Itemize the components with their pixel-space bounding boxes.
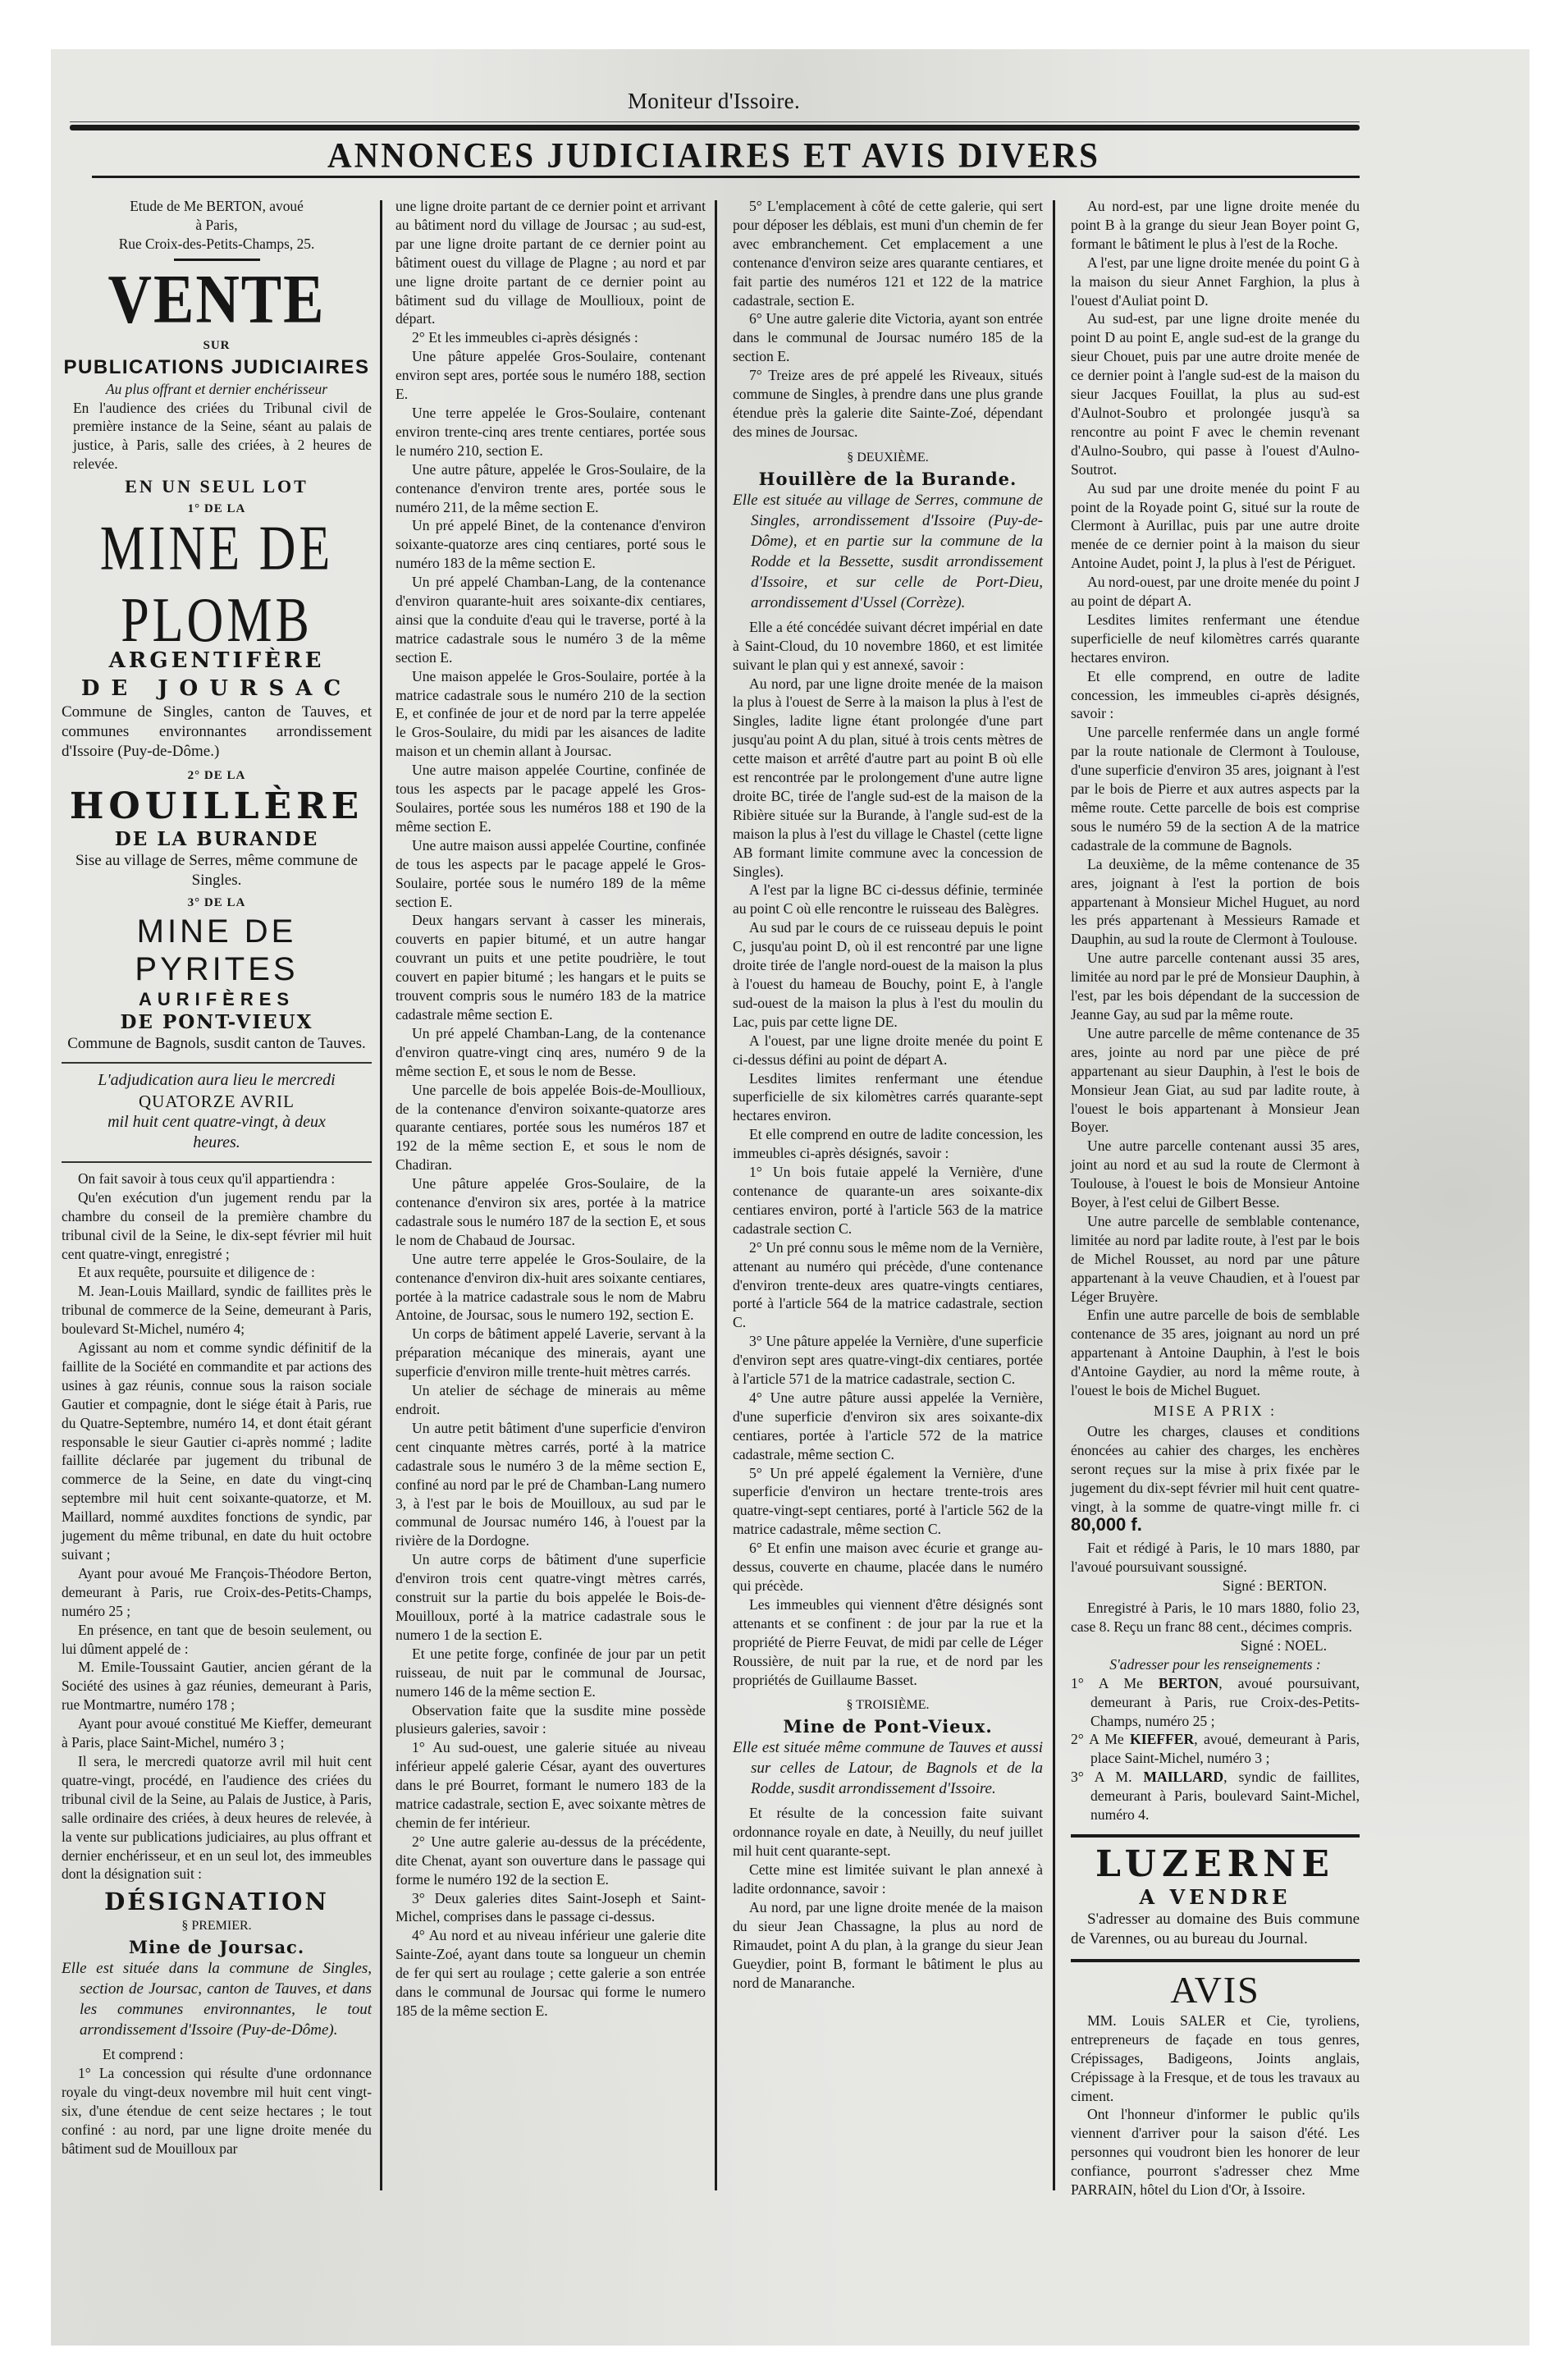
adjudication-time: mil huit cent quatre-vingt, à deux heure…	[62, 1112, 372, 1153]
mise-a-prix-heading: MISE A PRIX :	[1071, 1402, 1360, 1421]
paragraph: Elle a été concédée suivant décret impér…	[733, 618, 1043, 675]
contact-item: 2° A Me KIEFFER, avoué, demeurant à Pari…	[1071, 1730, 1360, 1768]
lot2-subtitle: DE LA BURANDE	[62, 828, 372, 851]
prix-paragraph: Outre les charges, clauses et conditions…	[1071, 1422, 1360, 1536]
lot-label: 2° DE LA	[62, 767, 372, 785]
paragraph: Et résulte de la concession faite suivan…	[733, 1804, 1043, 1861]
contact-name: KIEFFER	[1130, 1731, 1194, 1747]
header-rule-thick	[70, 125, 1360, 130]
paragraph: Agissant au nom et comme syndic définiti…	[62, 1339, 372, 1564]
paragraph: 2° Et les immeubles ci-après désignés :	[395, 328, 706, 347]
paragraph: Qu'en exécution d'un jugement rendu par …	[62, 1188, 372, 1264]
paragraph: Ayant pour avoué constitué Me Kieffer, d…	[62, 1714, 372, 1752]
vente-heading: VENTE	[62, 263, 372, 336]
divider-rule	[62, 1062, 372, 1064]
paragraph: 5° L'emplacement à côté de cette galerie…	[733, 197, 1043, 309]
paragraph: 2° Un pré connu sous le même nom de la V…	[733, 1238, 1043, 1333]
paragraph: une ligne droite partant de ce dernier p…	[395, 197, 706, 328]
audience-paragraph: En l'audience des criées du Tribunal civ…	[62, 399, 372, 474]
paragraph: 2° Une autre galerie au-dessus de la pré…	[395, 1833, 706, 1889]
luzerne-heading: LUZERNE	[1071, 1844, 1360, 1885]
paragraph: 5° Un pré appelé également la Vernière, …	[733, 1464, 1043, 1540]
paragraph: Une autre maison aussi appelée Courtine,…	[395, 836, 706, 912]
paragraph: Au sud par le cours de ce ruisseau depui…	[733, 918, 1043, 1031]
lot1-subtitle: DE JOURSAC	[62, 675, 372, 703]
paragraph: Cette mine est limitée suivant le plan a…	[733, 1861, 1043, 1898]
lot1-title: MINE DE PLOMB	[62, 513, 372, 657]
paragraph: Une parcelle de bois appelée Bois-de-Mou…	[395, 1081, 706, 1175]
notice-body: On fait savoir à tous ceux qu'il apparti…	[62, 1169, 372, 1883]
paragraph: Et aux requête, poursuite et diligence d…	[62, 1263, 372, 1282]
paragraph: A l'est, par une ligne droite menée du p…	[1071, 254, 1360, 310]
paragraph: Et elle comprend, en outre de ladite con…	[1071, 667, 1360, 724]
paragraph: 1° Un bois futaie appelé la Vernière, d'…	[733, 1163, 1043, 1238]
a-vendre-heading: A VENDRE	[1071, 1885, 1360, 1910]
paragraph: Et elle comprend en outre de ladite conc…	[733, 1125, 1043, 1163]
prix-text: Outre les charges, clauses et conditions…	[1071, 1423, 1360, 1515]
galerie-list: 5° L'emplacement à côté de cette galerie…	[733, 197, 1043, 442]
paragraph: Une autre parcelle de semblable contenan…	[1071, 1212, 1360, 1307]
etude-line: à Paris,	[62, 216, 372, 235]
paragraph: Une autre parcelle de même contenance de…	[1071, 1024, 1360, 1137]
avis-paragraph: Ont l'honneur d'informer le public qu'il…	[1071, 2105, 1360, 2199]
publications-heading: PUBLICATIONS JUDICIAIRES	[62, 355, 372, 380]
seul-lot-heading: EN UN SEUL LOT	[62, 474, 372, 500]
paragraph: M. Jean-Louis Maillard, syndic de failli…	[62, 1282, 372, 1339]
mine-title: Houillère de la Burande.	[733, 468, 1043, 490]
luzerne-text: S'adresser au domaine des Buis commune d…	[1071, 1910, 1360, 1949]
paragraph: Et une petite forge, confinée de jour pa…	[395, 1645, 706, 1701]
adjudication-date: QUATORZE AVRIL	[62, 1091, 372, 1112]
contact-number: 2° A Me	[1071, 1731, 1130, 1747]
paragraph: Au sud-est, par une ligne droite menée d…	[1071, 309, 1360, 478]
contact-item: 1° A Me BERTON, avoué poursuivant, demeu…	[1071, 1674, 1360, 1731]
avis-paragraph: MM. Louis SALER et Cie, tyroliens, entre…	[1071, 2012, 1360, 2106]
sadresser-line: S'adresser pour les renseignements :	[1071, 1655, 1360, 1674]
paragraph: Une autre parcelle contenant aussi 35 ar…	[1071, 1137, 1360, 1212]
enregistre-paragraph: Enregistré à Paris, le 10 mars 1880, fol…	[1071, 1599, 1360, 1636]
paragraph: A l'est par la ligne BC ci-dessus défini…	[733, 881, 1043, 918]
column-3: 5° L'emplacement à côté de cette galerie…	[733, 197, 1043, 1993]
contact-number: 1° A Me	[1071, 1675, 1159, 1691]
paragraph: Deux hangars servant à casser les minera…	[395, 911, 706, 1023]
paragraph: La deuxième, de la même contenance de 35…	[1071, 855, 1360, 950]
lot-label: 3° DE LA	[62, 894, 372, 913]
property-list: une ligne droite partant de ce dernier p…	[395, 197, 706, 2021]
paragraph: 4° Au nord et au niveau inférieur une ga…	[395, 1926, 706, 2021]
contact-number: 3° A M.	[1071, 1769, 1143, 1785]
paragraph: 3° Une pâture appelée la Vernière, d'une…	[733, 1332, 1043, 1389]
column-divider	[380, 200, 382, 2190]
divider-rule	[62, 1161, 372, 1163]
lot3-title: MINE DE PYRITES	[62, 913, 372, 988]
contact-name: BERTON	[1159, 1675, 1218, 1691]
paragraph: Lesdites limites renfermant une étendue …	[733, 1069, 1043, 1126]
paragraph: Au nord-ouest, par une droite menée du p…	[1071, 573, 1360, 611]
paragraph: Au nord, par une ligne droite menée de l…	[733, 1898, 1043, 1993]
column-1: Etude de Me BERTON, avoué à Paris, Rue C…	[62, 197, 372, 2158]
adjudication-line: L'adjudication aura lieu le mercredi	[62, 1070, 372, 1091]
paragraph: Un pré appelé Binet, de la contenance d'…	[395, 516, 706, 573]
masthead: Moniteur d'Issoire.	[0, 89, 1428, 114]
paragraph: 4° Une autre pâture aussi appelée la Ver…	[733, 1389, 1043, 1464]
divider-rule	[1071, 1834, 1360, 1838]
contact-item: 3° A M. MAILLARD, syndic de faillites, d…	[1071, 1768, 1360, 1824]
column-divider	[1053, 200, 1055, 2190]
signature-noel: Signé : NOEL.	[1071, 1636, 1360, 1655]
lot3-description: Commune de Bagnols, susdit canton de Tau…	[62, 1034, 372, 1054]
paragraph: 6° Une autre galerie dite Victoria, ayan…	[733, 309, 1043, 366]
etude-line: Rue Croix-des-Petits-Champs, 25.	[62, 235, 372, 254]
paragraph: Les immeubles qui viennent d'être désign…	[733, 1595, 1043, 1690]
mine-location: Elle est située au village de Serres, co…	[733, 490, 1043, 613]
paragraph: 7° Treize ares de pré appelé les Riveaux…	[733, 366, 1043, 442]
paragraph: Une autre maison appelée Courtine, confi…	[395, 761, 706, 836]
paragraph: 3° Deux galeries dites Saint-Joseph et S…	[395, 1889, 706, 1927]
concession-limits: Et résulte de la concession faite suivan…	[733, 1804, 1043, 1992]
mine-location: Elle est située dans la commune de Singl…	[62, 1958, 372, 2040]
paragraph: Une autre terre appelée le Gros-Soulaire…	[395, 1250, 706, 1325]
paragraph: Un atelier de séchage de minerais au mêm…	[395, 1381, 706, 1419]
section-label: § PREMIER.	[62, 1916, 372, 1936]
paragraph: Enfin une autre parcelle de bois de semb…	[1071, 1306, 1360, 1400]
paragraph: Lesdites limites renfermant une étendue …	[1071, 611, 1360, 667]
mine-title: Mine de Pont-Vieux.	[733, 1715, 1043, 1737]
section-label: § TROISIÈME.	[733, 1696, 1043, 1715]
paragraph: Un corps de bâtiment appelé Laverie, ser…	[395, 1325, 706, 1381]
paragraph: Au nord-est, par une ligne droite menée …	[1071, 197, 1360, 254]
offrant-line: Au plus offrant et dernier enchérisseur	[62, 380, 372, 399]
lot2-description: Sise au village de Serres, même commune …	[62, 851, 372, 890]
lot3-subtitle: AURIFÈRES	[62, 988, 372, 1011]
contact-list: 1° A Me BERTON, avoué poursuivant, demeu…	[1071, 1674, 1360, 1824]
paragraph: Un autre petit bâtiment d'une superficie…	[395, 1419, 706, 1550]
lot1-description: Commune de Singles, canton de Tauves, et…	[62, 703, 372, 762]
prix-amount: 80,000 f.	[1071, 1514, 1142, 1535]
paragraph: Un pré appelé Chamban-Lang, de la conten…	[395, 573, 706, 667]
section-title: ANNONCES JUDICIAIRES ET AVIS DIVERS	[0, 135, 1428, 176]
paragraph: Observation faite que la susdite mine po…	[395, 1701, 706, 1739]
paragraph: M. Emile-Toussaint Gautier, ancien géran…	[62, 1658, 372, 1714]
paragraph: Un pré appelé Chamban-Lang, de la conten…	[395, 1024, 706, 1081]
lot3-subtitle: DE PONT-VIEUX	[62, 1011, 372, 1034]
designation-heading: DÉSIGNATION	[62, 1887, 372, 1916]
column-2: une ligne droite partant de ce dernier p…	[395, 197, 706, 2021]
contact-name: MAILLARD	[1143, 1769, 1223, 1785]
concession-paragraph: 1° La concession qui résulte d'une ordon…	[62, 2064, 372, 2158]
column-divider	[715, 200, 717, 2190]
paragraph: A l'ouest, par une ligne droite menée du…	[733, 1032, 1043, 1069]
paragraph: Une autre pâture, appelée le Gros-Soulai…	[395, 460, 706, 517]
avis-heading: AVIS	[1071, 1969, 1360, 2012]
paragraph: Une parcelle renfermée dans un angle for…	[1071, 723, 1360, 854]
paragraph: Ayant pour avoué Me François-Théodore Be…	[62, 1564, 372, 1621]
etude-line: Etude de Me BERTON, avoué	[62, 197, 372, 216]
mine-location: Elle est située même commune de Tauves e…	[733, 1737, 1043, 1799]
signature-berton: Signé : BERTON.	[1071, 1577, 1360, 1595]
column-4: Au nord-est, par une ligne droite menée …	[1071, 197, 1360, 2199]
divider-rule	[1071, 1959, 1360, 1962]
parcel-list: Au nord-est, par une ligne droite menée …	[1071, 197, 1360, 1400]
paragraph: 1° Au sud-ouest, une galerie située au n…	[395, 1738, 706, 1833]
paragraph: Au nord, par une ligne droite menée de l…	[733, 675, 1043, 881]
paragraph: Un autre corps de bâtiment d'une superfi…	[395, 1550, 706, 1645]
fait-paragraph: Fait et rédigé à Paris, le 10 mars 1880,…	[1071, 1539, 1360, 1577]
sur-label: SUR	[62, 336, 372, 355]
paragraph: Une autre parcelle contenant aussi 35 ar…	[1071, 949, 1360, 1024]
mine-title: Mine de Joursac.	[62, 1936, 372, 1958]
paragraph: Il sera, le mercredi quatorze avril mil …	[62, 1752, 372, 1883]
section-label: § DEUXIÈME.	[733, 448, 1043, 468]
paragraph: On fait savoir à tous ceux qu'il apparti…	[62, 1169, 372, 1188]
paragraph: Une pâture appelée Gros-Soulaire, de la …	[395, 1174, 706, 1250]
concession-limits: Elle a été concédée suivant décret impér…	[733, 618, 1043, 1690]
paragraph: Au sud par une droite menée du point F a…	[1071, 479, 1360, 574]
lot2-title: HOUILLÈRE	[62, 785, 372, 828]
paragraph: Une maison appelée le Gros-Soulaire, por…	[395, 667, 706, 762]
paragraph: 6° Et enfin une maison avec écurie et gr…	[733, 1539, 1043, 1595]
paragraph: Une terre appelée le Gros-Soulaire, cont…	[395, 404, 706, 460]
comprend-line: Et comprend :	[62, 2045, 372, 2064]
paragraph: En présence, en tant que de besoin seule…	[62, 1621, 372, 1659]
paragraph: Une pâture appelée Gros-Soulaire, conten…	[395, 347, 706, 404]
header-rule-thin	[92, 176, 1360, 178]
